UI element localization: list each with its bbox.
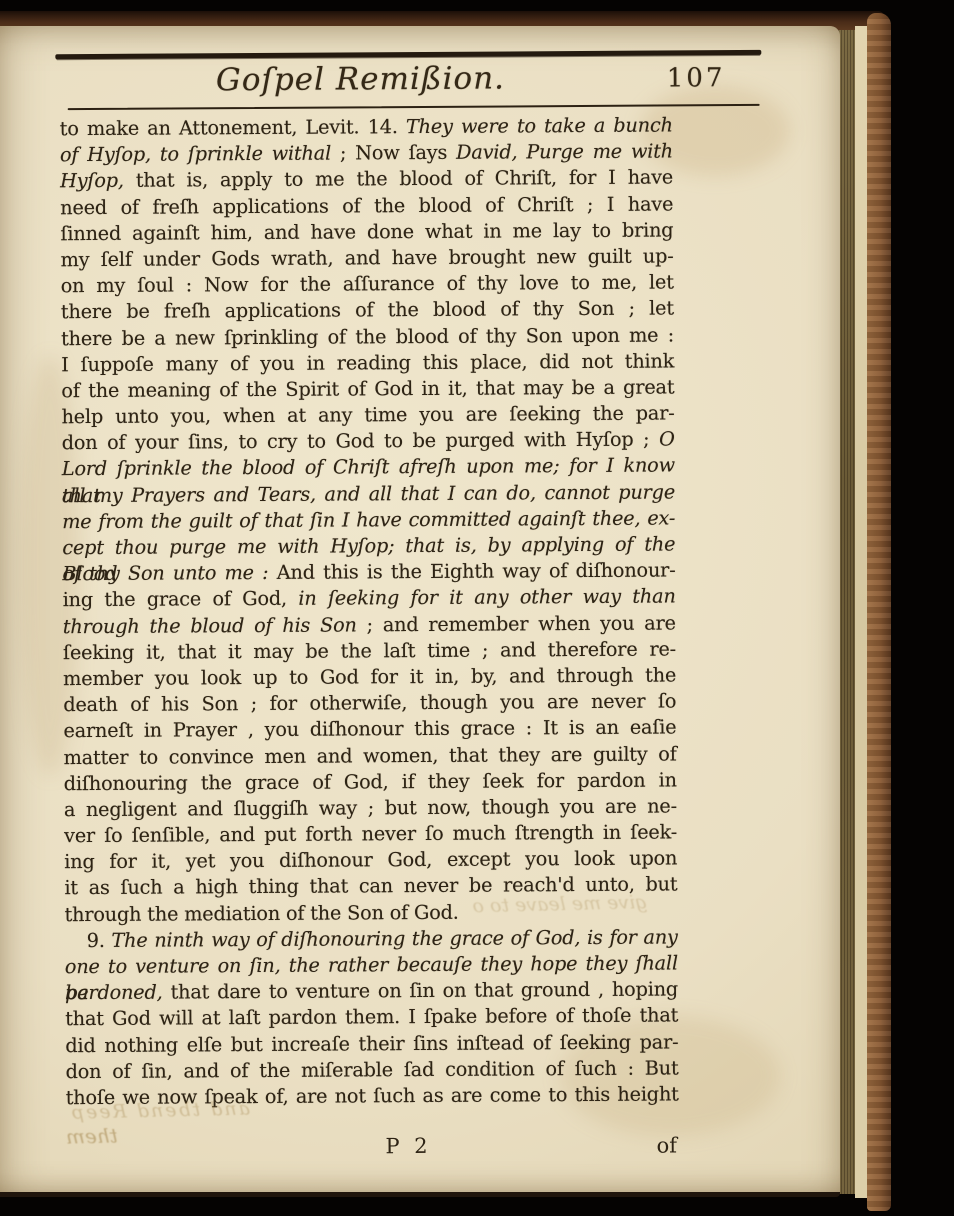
text-segment: ; Now ſays <box>331 141 456 165</box>
signature-mark: P 2 <box>66 1132 679 1160</box>
text-line: matter to convince men and women, that t… <box>64 741 677 771</box>
text-segment: diſhonouring the grace of God, if they ſ… <box>64 768 677 795</box>
text-segment: on my ſoul : Now for the aſſurance of th… <box>61 271 674 298</box>
text-segment: don of ſin, and of the miſerable ſad con… <box>65 1056 678 1083</box>
text-line: to make an Attonement, Levit. 14. They w… <box>60 112 673 142</box>
text-line: ing for it, yet you diſhonour God, excep… <box>64 846 677 876</box>
text-line: there be a new ſprinkling of the blood o… <box>61 322 674 352</box>
text-line: I ſuppoſe many of you in reading this pl… <box>61 348 674 378</box>
text-segment: that God will at laſt pardon them. I ſpa… <box>65 1004 678 1031</box>
text-line: Hyſop, that is, apply to me the blood of… <box>60 165 673 195</box>
text-segment: through the mediation of the Son of God. <box>65 900 459 925</box>
text-segment-italic: of thy Son unto me : <box>62 561 268 585</box>
text-line: on my ſoul : Now for the aſſurance of th… <box>61 270 674 300</box>
text-segment: ver ſo ſenſible, and put forth never ſo … <box>64 820 677 847</box>
text-line: need of freſh applications of the blood … <box>60 191 673 221</box>
page-number: 107 <box>667 63 726 93</box>
text-segment-italic: of Hyſop, to ſprinkle withal <box>60 142 331 167</box>
text-segment-italic: The ninth way of diſhonouring the grace … <box>111 925 677 951</box>
text-line: all my Prayers and Tears, and all that I… <box>62 479 675 509</box>
text-line: don of your ſins, to cry to God to be pu… <box>62 427 675 457</box>
text-line: did nothing elſe but increaſe their ſins… <box>65 1029 678 1059</box>
page-content: Goſpel Remißion. 107 to make an Attoneme… <box>0 23 844 1194</box>
text-line: death of his Son ; for otherwiſe, though… <box>63 689 676 719</box>
text-segment: don of your ſins, to cry to God to be pu… <box>62 428 660 455</box>
text-segment: thoſe we now ſpeak of, are not ſuch as a… <box>66 1082 679 1109</box>
text-segment: need of freſh applications of the blood … <box>60 192 673 219</box>
text-line: ing the grace of God, in ſeeking for it … <box>63 584 676 614</box>
text-line: one to venture on ſin, the rather becauſ… <box>65 950 678 980</box>
text-line: don of ſin, and of the miſerable ſad con… <box>65 1055 678 1085</box>
running-header-title: Goſpel Remißion. <box>216 60 505 98</box>
text-segment: to make an Attonement, Levit. 14. <box>60 115 406 140</box>
text-segment-italic: O <box>659 428 675 451</box>
text-line: thoſe we now ſpeak of, are not ſuch as a… <box>66 1081 679 1111</box>
text-segment: ſeeking it, that it may be the laſt time… <box>63 637 676 664</box>
text-segment: ſinned againſt him, and have done what i… <box>60 218 673 245</box>
text-line: Lord ſprinkle the blood of Chriſt afreſh… <box>62 453 675 483</box>
text-segment: death of his Son ; for otherwiſe, though… <box>63 690 676 717</box>
text-line: earneſt in Prayer , you diſhonour this g… <box>63 715 676 745</box>
text-segment: that is, apply to me the blood of Chriſt… <box>124 166 673 192</box>
text-segment: that dare to venture on ſin on that grou… <box>162 978 678 1004</box>
book-cover-right-edge <box>867 13 891 1211</box>
text-line: 9. The ninth way of diſhonouring the gra… <box>65 924 678 954</box>
text-segment: I ſuppoſe many of you in reading this pl… <box>61 349 674 376</box>
text-line: ver ſo ſenſible, and put forth never ſo … <box>64 819 677 849</box>
text-segment: ; and remember when you are <box>357 611 676 636</box>
text-line: of Hyſop, to ſprinkle withal ; Now ſays … <box>60 139 673 169</box>
text-segment-italic: me from the guilt of that ſin I have com… <box>62 506 675 533</box>
book-page: Goſpel Remißion. 107 to make an Attoneme… <box>0 26 840 1197</box>
scan-background: Goſpel Remißion. 107 to make an Attoneme… <box>0 0 954 1216</box>
text-segment: help unto you, when at any time you are … <box>61 402 674 429</box>
text-line: through the bloud of his Son ; and remem… <box>63 610 676 640</box>
text-line: ſinned againſt him, and have done what i… <box>60 217 673 247</box>
text-segment: a negligent and ſluggiſh way ; but now, … <box>64 794 677 821</box>
text-segment: my ſelf under Gods wrath, and have broug… <box>61 244 674 271</box>
text-line: help unto you, when at any time you are … <box>61 401 674 431</box>
text-segment-italic: through the bloud of his Son <box>63 613 357 638</box>
text-segment: ing the grace of God, <box>63 587 299 611</box>
running-header: Goſpel Remißion. 107 <box>55 57 761 107</box>
text-line: it as ſuch a high thing that can never b… <box>64 872 677 902</box>
text-segment: did nothing elſe but increaſe their ſins… <box>65 1030 678 1057</box>
text-segment: member you look up to God for it in, by,… <box>63 663 676 690</box>
text-segment-italic: all my Prayers and Tears, and all that I… <box>62 480 675 507</box>
catchword: of <box>656 1133 677 1157</box>
text-line: of the meaning of the Spirit of God in i… <box>61 374 674 404</box>
text-segment: earneſt in Prayer , you diſhonour this g… <box>63 716 676 743</box>
text-segment-italic: Hyſop, <box>60 169 124 192</box>
text-segment: of the meaning of the Spirit of God in i… <box>61 375 674 402</box>
text-segment: 9. <box>87 929 112 952</box>
text-line: member you look up to God for it in, by,… <box>63 662 676 692</box>
page-stack-edge-light <box>855 26 867 1198</box>
text-line: pardoned, that dare to venture on ſin on… <box>65 977 678 1007</box>
text-segment: ing for it, yet you diſhonour God, excep… <box>64 847 677 874</box>
text-line: ſeeking it, that it may be the laſt time… <box>63 636 676 666</box>
text-segment-italic: They were to take a bunch <box>406 113 673 138</box>
text-line: that God will at laſt pardon them. I ſpa… <box>65 1003 678 1033</box>
text-line: a negligent and ſluggiſh way ; but now, … <box>64 793 677 823</box>
page-footer: P 2 of <box>66 1132 679 1164</box>
text-segment-italic: pardoned, <box>65 981 163 1005</box>
text-line: diſhonouring the grace of God, if they ſ… <box>64 767 677 797</box>
text-line: cept thou purge me with Hyſop; that is, … <box>62 531 675 561</box>
text-line: me from the guilt of that ſin I have com… <box>62 505 675 535</box>
text-segment: it as ſuch a high thing that can never b… <box>64 873 677 900</box>
text-line: through the mediation of the Son of God. <box>64 898 677 928</box>
body-text: to make an Attonement, Levit. 14. They w… <box>60 112 679 1111</box>
text-line: my ſelf under Gods wrath, and have broug… <box>60 243 673 273</box>
text-segment: there be a new ſprinkling of the blood o… <box>61 323 674 350</box>
text-line: of thy Son unto me : And this is the Eig… <box>62 558 675 588</box>
text-segment: matter to convince men and women, that t… <box>64 742 677 769</box>
text-segment-italic: in ſeeking for it any other way than <box>298 585 675 610</box>
text-segment: And this is the Eighth way of diſhonour- <box>268 559 675 584</box>
text-line: there be freſh applications of the blood… <box>61 296 674 326</box>
text-segment: there be freſh applications of the blood… <box>61 297 674 324</box>
text-segment-italic: David, Purge me with <box>456 140 673 164</box>
